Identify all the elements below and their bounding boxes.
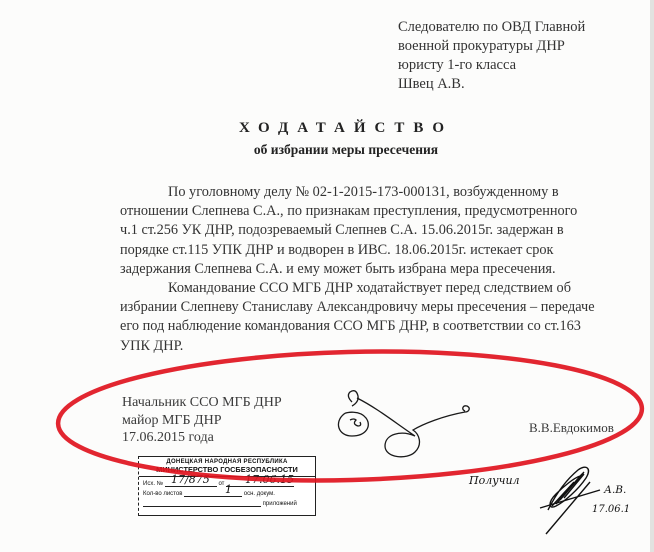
red-highlight-ellipse [56, 344, 643, 487]
document-page: Следователю по ОВД Главной военной проку… [0, 0, 654, 552]
handwritten-signature [338, 391, 469, 457]
received-signature [540, 467, 600, 534]
annotation-overlay [0, 0, 654, 552]
